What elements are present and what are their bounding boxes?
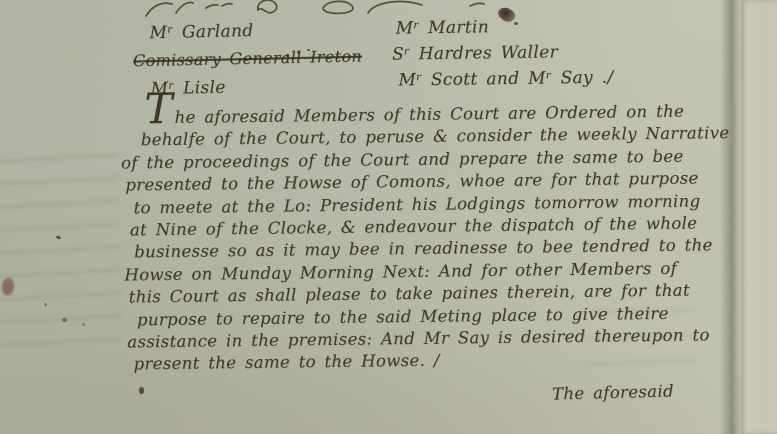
- honorific-superscript: r: [546, 71, 551, 82]
- attendee-name-text: Garland: [173, 21, 254, 43]
- ink-speck: [514, 22, 518, 25]
- minute-entry-paragraph: The aforesaid Members of this Court are …: [114, 100, 707, 376]
- bleedthrough-text: [0, 145, 122, 347]
- attendee-name: Mr Lisle: [150, 70, 363, 103]
- attendee-name-text: Hardres Waller: [410, 42, 558, 64]
- ink-speck: [62, 318, 67, 322]
- attendee-name-text: Comissary Generall Ireton: [133, 47, 362, 71]
- ink-speck: [139, 387, 144, 394]
- attendee-name: Mr Scott and Mr Say ./: [398, 64, 613, 93]
- honorific-superscript: r: [404, 46, 409, 57]
- honorific: M: [149, 23, 167, 43]
- attendee-name-struck-through: Comissary Generall Ireton: [132, 42, 363, 75]
- catchword: The aforesaid: [552, 381, 674, 403]
- attendee-name-text: Martin: [419, 17, 489, 38]
- cutoff-pen-flourish: [0, 0, 777, 44]
- attendee-list-left: Mr Garland Comissary Generall Ireton Mr …: [139, 14, 363, 103]
- attendee-name-text: Lisle: [174, 78, 226, 99]
- attendee-name-text: Say ./: [552, 68, 614, 89]
- ink-speck: [307, 49, 310, 51]
- ink-speck: [297, 51, 300, 54]
- attendee-list-right: Mr Martin Sr Hardres Waller Mr Scott and…: [391, 11, 613, 92]
- attendee-name-text: Scott and M: [422, 69, 546, 91]
- ink-speck: [286, 54, 289, 57]
- attendee-name: Mr Garland: [149, 14, 362, 47]
- honorific: S: [392, 45, 404, 65]
- adjacent-page-edge: [741, 0, 777, 434]
- honorific: M: [398, 70, 416, 90]
- honorific: M: [396, 18, 414, 38]
- honorific-superscript: r: [413, 20, 418, 31]
- red-ink-stain: [2, 278, 14, 295]
- honorific-superscript: r: [416, 72, 421, 83]
- ink-speck: [44, 303, 47, 306]
- page-fold-shadow: [720, 0, 742, 434]
- manuscript-page: Mr Garland Comissary Generall Ireton Mr …: [0, 0, 777, 434]
- honorific-superscript: r: [167, 25, 172, 36]
- ink-speck: [82, 323, 85, 326]
- attendee-name: Sr Hardres Waller: [392, 38, 613, 67]
